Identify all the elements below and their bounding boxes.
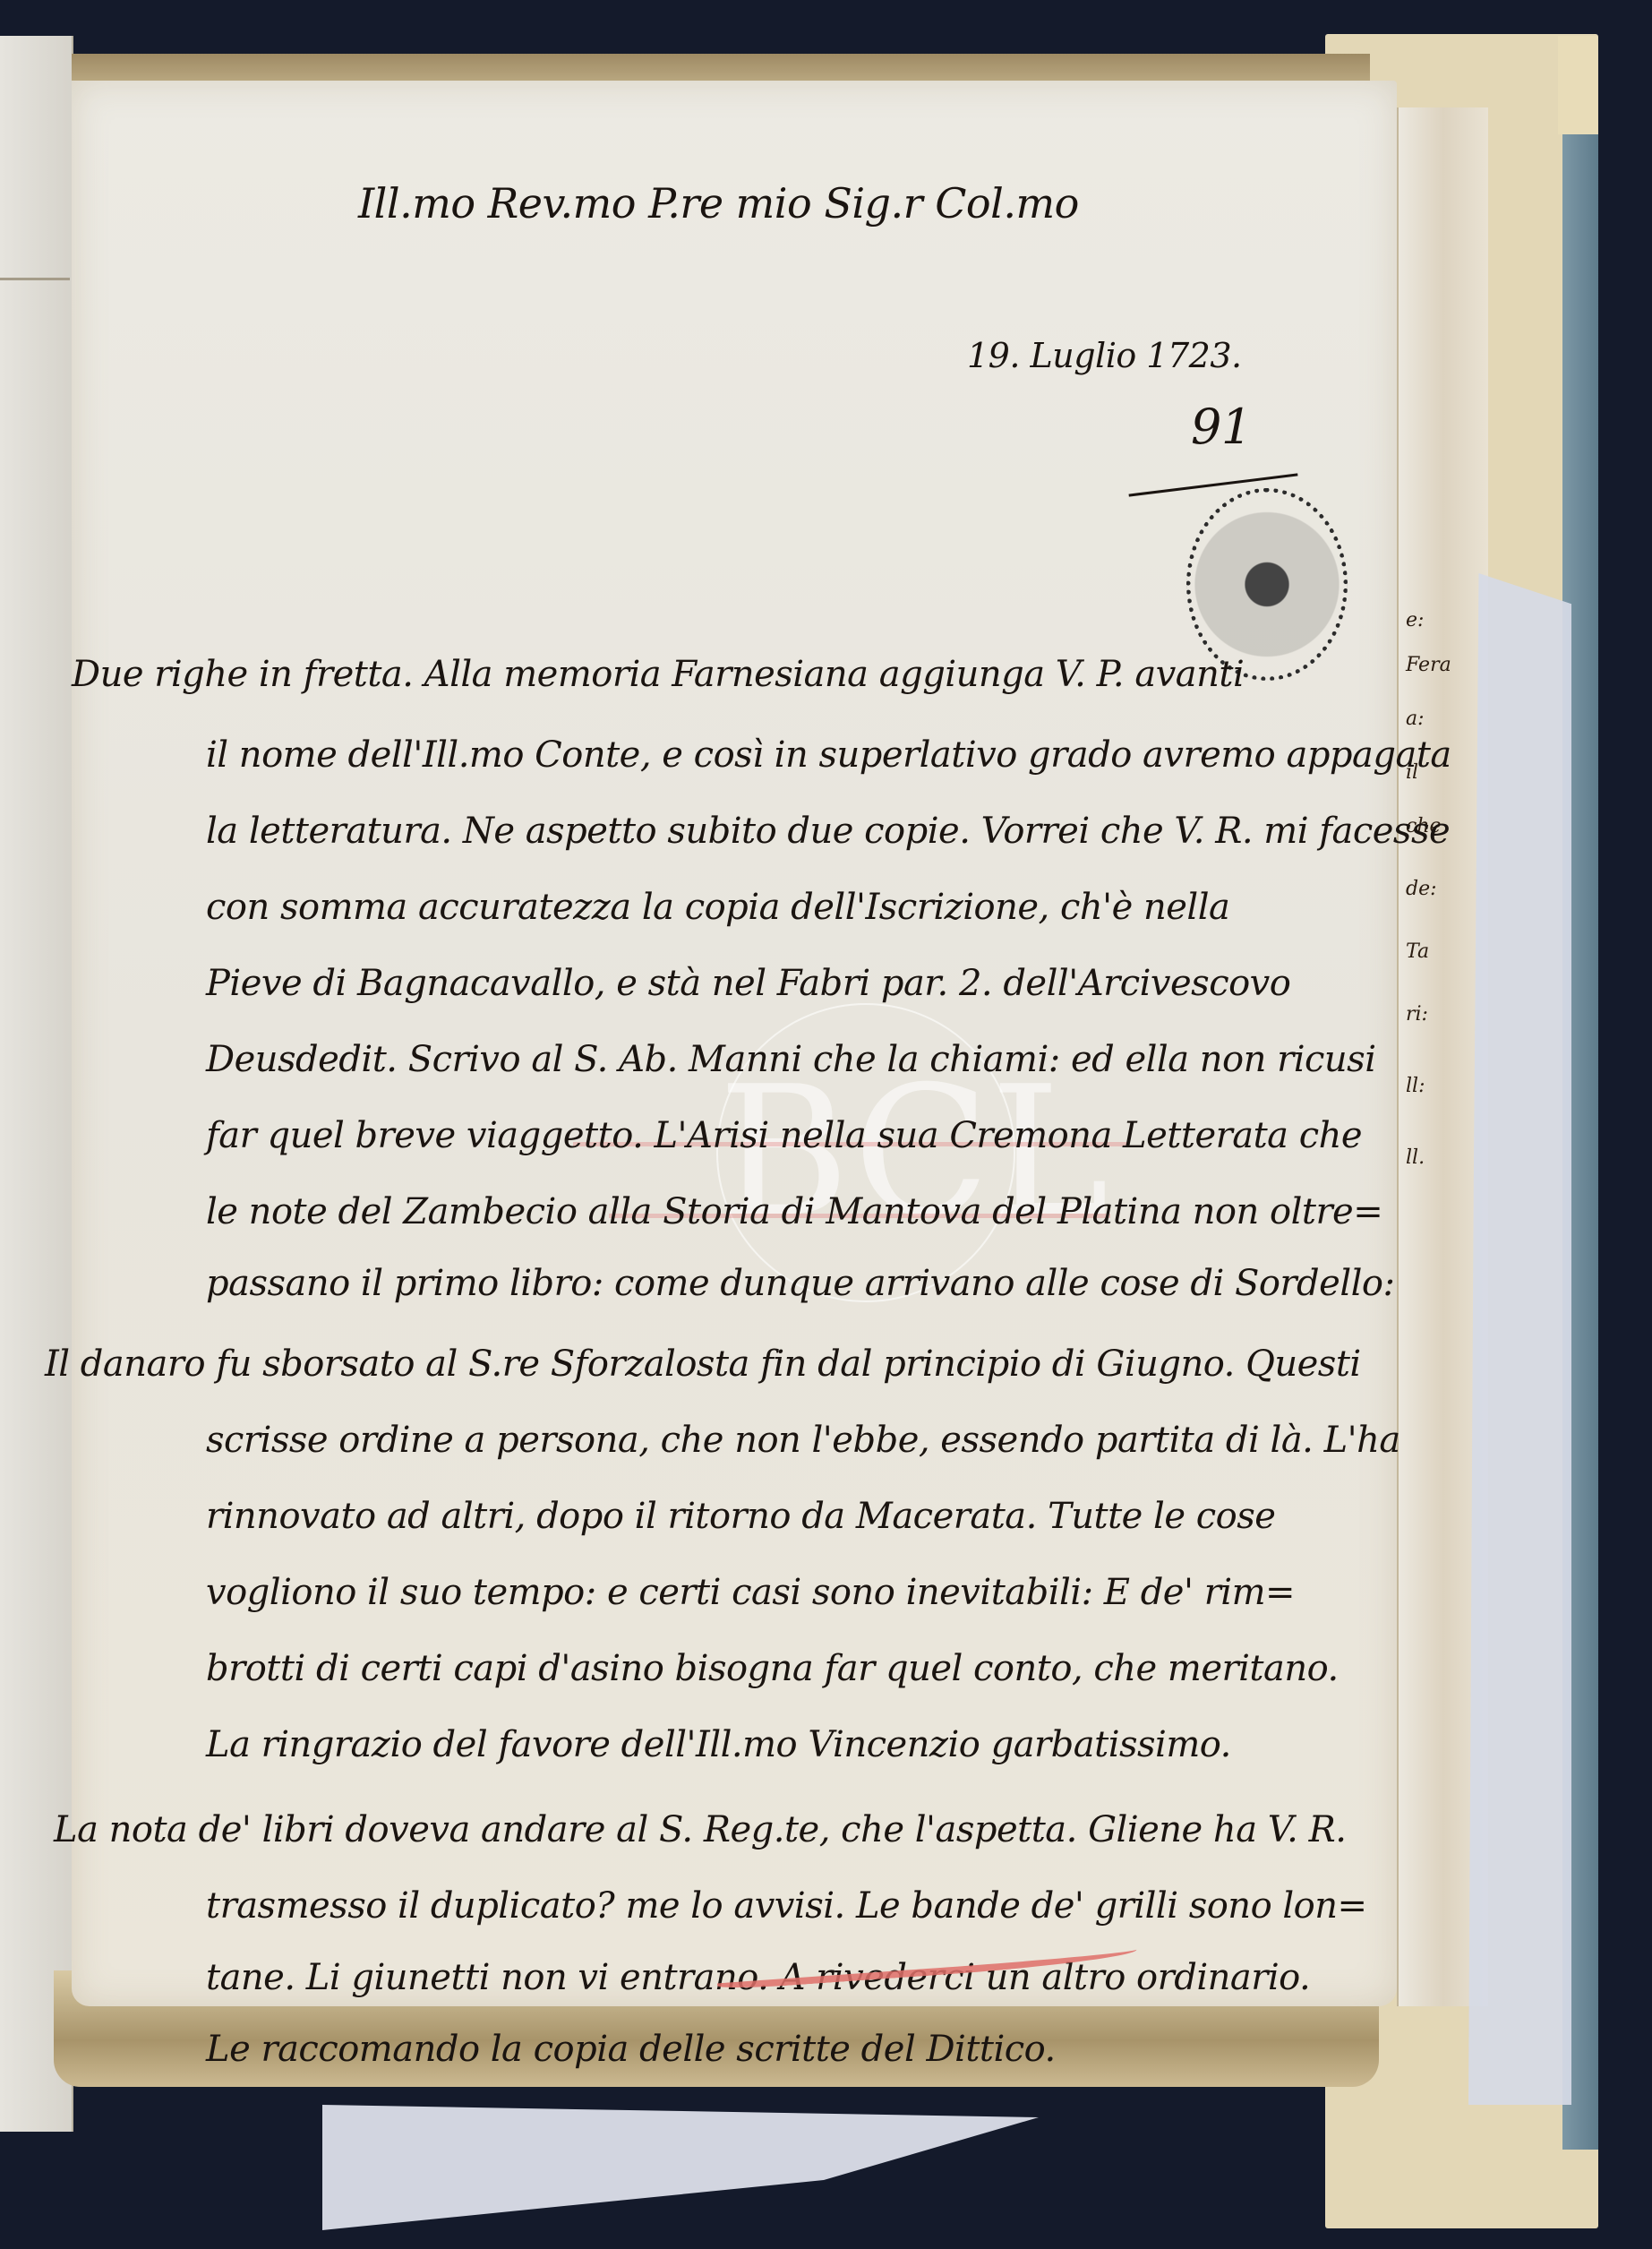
- body-line: far quel breve viaggetto. L'Arisi nella …: [206, 1115, 1362, 1156]
- letter-date: 19. Luglio 1723.: [967, 336, 1242, 375]
- body-line: la letteratura. Ne aspetto subito due co…: [206, 811, 1450, 852]
- body-line: Due righe in fretta. Alla memoria Farnes…: [72, 654, 1244, 695]
- backing-board-tape: [1558, 36, 1597, 134]
- body-line: vogliono il suo tempo: e certi casi sono…: [206, 1572, 1295, 1613]
- body-line: La nota de' libri doveva andare al S. Re…: [54, 1809, 1346, 1850]
- margin-fragment: e:: [1406, 609, 1424, 631]
- margin-fragment: ll:: [1406, 1075, 1425, 1097]
- body-line: trasmesso il duplicato? me lo avvisi. Le…: [206, 1885, 1367, 1927]
- body-line: con somma accuratezza la copia dell'Iscr…: [206, 887, 1229, 928]
- tissue-interleaf: [1468, 573, 1571, 2105]
- body-line: rinnovato ad altri, dopo il ritorno da M…: [206, 1496, 1275, 1537]
- body-line: La ringrazio del favore dell'Ill.mo Vinc…: [206, 1724, 1231, 1765]
- body-line: Le raccomando la copia delle scritte del…: [206, 2029, 1056, 2070]
- body-line: le note del Zambecio alla Storia di Mant…: [206, 1191, 1382, 1232]
- margin-fragment: a:: [1406, 708, 1425, 730]
- body-line: brotti di certi capi d'asino bisogna far…: [206, 1648, 1339, 1689]
- leaf-fold: [0, 278, 70, 280]
- body-line: scrisse ordine a persona, che non l'ebbe…: [206, 1420, 1400, 1461]
- body-line: il nome dell'Ill.mo Conte, e così in sup…: [206, 734, 1451, 776]
- margin-fragment: ll.: [1406, 1146, 1425, 1169]
- body-line: Pieve di Bagnacavallo, e stà nel Fabri p…: [206, 963, 1290, 1004]
- margin-fragment: Ta: [1406, 940, 1429, 963]
- tissue-interleaf-bottom: [322, 2105, 1039, 2230]
- margin-fragment: ri:: [1406, 1003, 1428, 1026]
- body-line: Il danaro fu sborsato al S.re Sforzalost…: [45, 1343, 1361, 1385]
- manuscript-page: Ill.mo Rev.mo P.re mio Sig.r Col.mo 19. …: [72, 81, 1397, 2006]
- body-line: Deusdedit. Scrivo al S. Ab. Manni che la…: [206, 1039, 1376, 1080]
- salutation: Ill.mo Rev.mo P.re mio Sig.r Col.mo: [358, 179, 1079, 227]
- folio-number: 91: [1191, 399, 1252, 455]
- library-stamp-icon: [1186, 488, 1348, 681]
- body-line: passano il primo libro: come dunque arri…: [206, 1263, 1394, 1304]
- margin-fragment: Fera: [1406, 654, 1451, 676]
- margin-fragment: de:: [1406, 878, 1437, 900]
